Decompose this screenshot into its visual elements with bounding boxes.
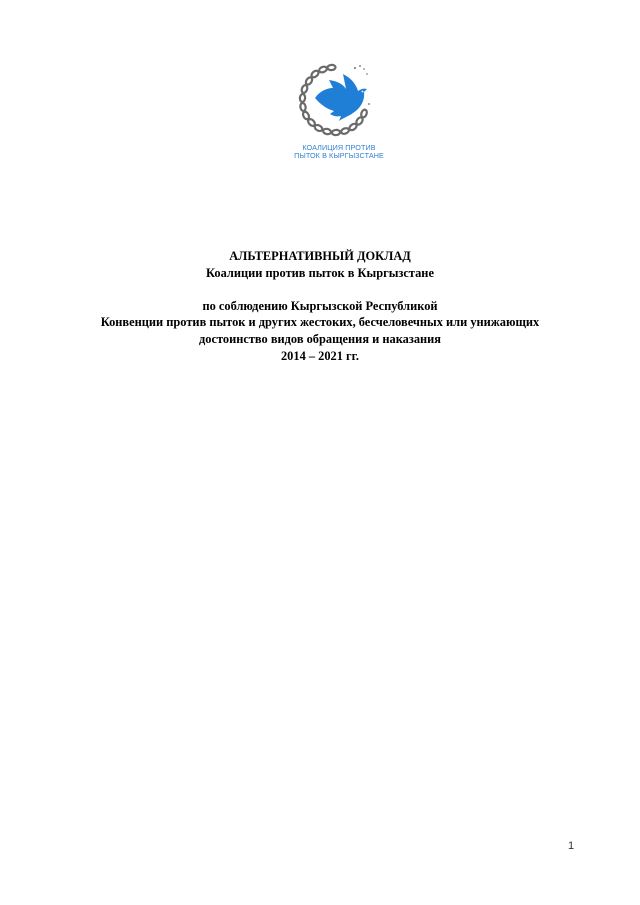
report-heading: АЛЬТЕРНАТИВНЫЙ ДОКЛАД	[60, 248, 580, 265]
report-subtitle-line-3: достоинство видов обращения и наказания	[60, 331, 580, 348]
report-organization: Коалиции против пыток в Кыргызстане	[60, 265, 580, 282]
report-title-block: АЛЬТЕРНАТИВНЫЙ ДОКЛАД Коалиции против пы…	[60, 248, 580, 364]
blank-line	[60, 281, 580, 298]
logo-text-line-2: ПЫТОК В КЫРГЫЗСТАНЕ	[293, 152, 385, 160]
report-subtitle-line-1: по соблюдению Кыргызской Республикой	[60, 298, 580, 315]
dove-breaking-chain-icon	[293, 60, 385, 144]
coalition-logo: КОАЛИЦИЯ ПРОТИВ ПЫТОК В КЫРГЫЗСТАНЕ	[293, 60, 385, 164]
page-number: 1	[568, 840, 574, 852]
document-page: КОАЛИЦИЯ ПРОТИВ ПЫТОК В КЫРГЫЗСТАНЕ АЛЬТ…	[0, 0, 640, 905]
report-subtitle-line-2: Конвенции против пыток и других жестоких…	[60, 314, 580, 331]
report-period: 2014 – 2021 гг.	[60, 348, 580, 365]
